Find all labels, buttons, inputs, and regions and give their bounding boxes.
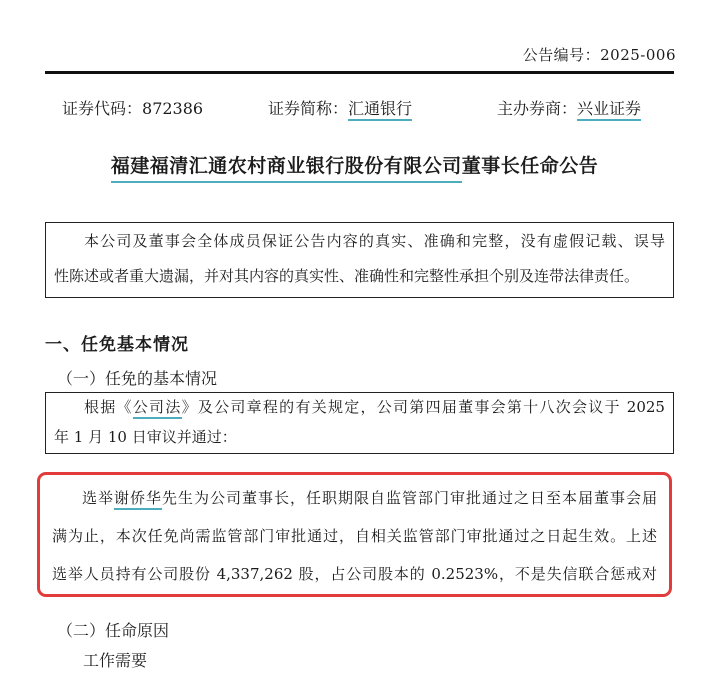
resolution-line-1: 选举谢侨华先生为公司董事长，任职期限自监管部门审批通过之日至本届董事会届 <box>52 479 657 517</box>
resolution-line-2: 满为止，本次任免尚需监管部门审批通过，自相关监管部门审批通过之日起生效。上述 <box>52 517 657 555</box>
announcement-document: 公告编号：2025-006 证券代码：872386 证券简称：汇通银行 主办券商… <box>0 0 709 686</box>
subsection-1-heading: （一）任免的基本情况 <box>57 366 217 389</box>
highlighted-resolution-box: 选举谢侨华先生为公司董事长，任职期限自监管部门审批通过之日至本届董事会届 满为止… <box>37 472 672 597</box>
sponsor-broker: 主办券商：兴业证券 <box>497 96 641 119</box>
securities-short-name-label: 证券简称： <box>268 99 348 118</box>
page-title: 福建福清汇通农村商业银行股份有限公司董事长任命公告 <box>0 151 709 178</box>
company-name-underlined: 福建福清汇通农村商业银行股份有限公司 <box>111 155 462 183</box>
basis-text-pre: 根据《 <box>84 398 133 416</box>
securities-code-value: 872386 <box>142 99 203 118</box>
sponsor-broker-label: 主办券商： <box>497 99 577 118</box>
securities-short-name: 证券简称：汇通银行 <box>268 96 412 119</box>
disclaimer-box: 本公司及董事会全体成员保证公告内容的真实、准确和完整，没有虚假记载、误导 性陈述… <box>45 222 674 298</box>
securities-code: 证券代码：872386 <box>62 96 203 119</box>
securities-short-name-value: 汇通银行 <box>348 99 412 121</box>
section-1-heading: 一、任免基本情况 <box>45 330 189 355</box>
securities-code-label: 证券代码： <box>62 99 142 118</box>
appointment-reason: 工作需要 <box>83 648 147 671</box>
disclaimer-line-1: 本公司及董事会全体成员保证公告内容的真实、准确和完整，没有虚假记载、误导 <box>54 224 665 259</box>
disclaimer-line-2: 性陈述或者重大遗漏，并对其内容的真实性、准确性和完整性承担个别及连带法律责任。 <box>54 259 665 294</box>
basis-text-post: 》及公司章程的有关规定，公司第四届董事会第十八次会议于 2025 <box>182 398 665 416</box>
subsection-2-heading: （二）任命原因 <box>57 618 169 641</box>
announcement-number: 公告编号：2025-006 <box>523 44 676 65</box>
basis-line-1: 根据《公司法》及公司章程的有关规定，公司第四届董事会第十八次会议于 2025 <box>54 393 665 423</box>
resolution-line-3: 选举人员持有公司股份 4,337,262 股，占公司股本的 0.2523%，不是… <box>52 555 657 597</box>
title-suffix: 董事长任命公告 <box>462 155 599 177</box>
header-divider <box>45 71 674 74</box>
company-law-reference: 公司法 <box>133 398 182 419</box>
basis-line-2: 年 1 月 10 日审议并通过： <box>54 423 665 453</box>
appointee-name: 谢侨华 <box>114 489 162 510</box>
resolution-text-post: 先生为公司董事长，任职期限自监管部门审批通过之日至本届董事会届 <box>162 489 657 507</box>
resolution-text-pre: 选举 <box>82 489 114 507</box>
sponsor-broker-value: 兴业证券 <box>577 99 641 121</box>
resolution-basis-box: 根据《公司法》及公司章程的有关规定，公司第四届董事会第十八次会议于 2025 年… <box>45 392 674 454</box>
